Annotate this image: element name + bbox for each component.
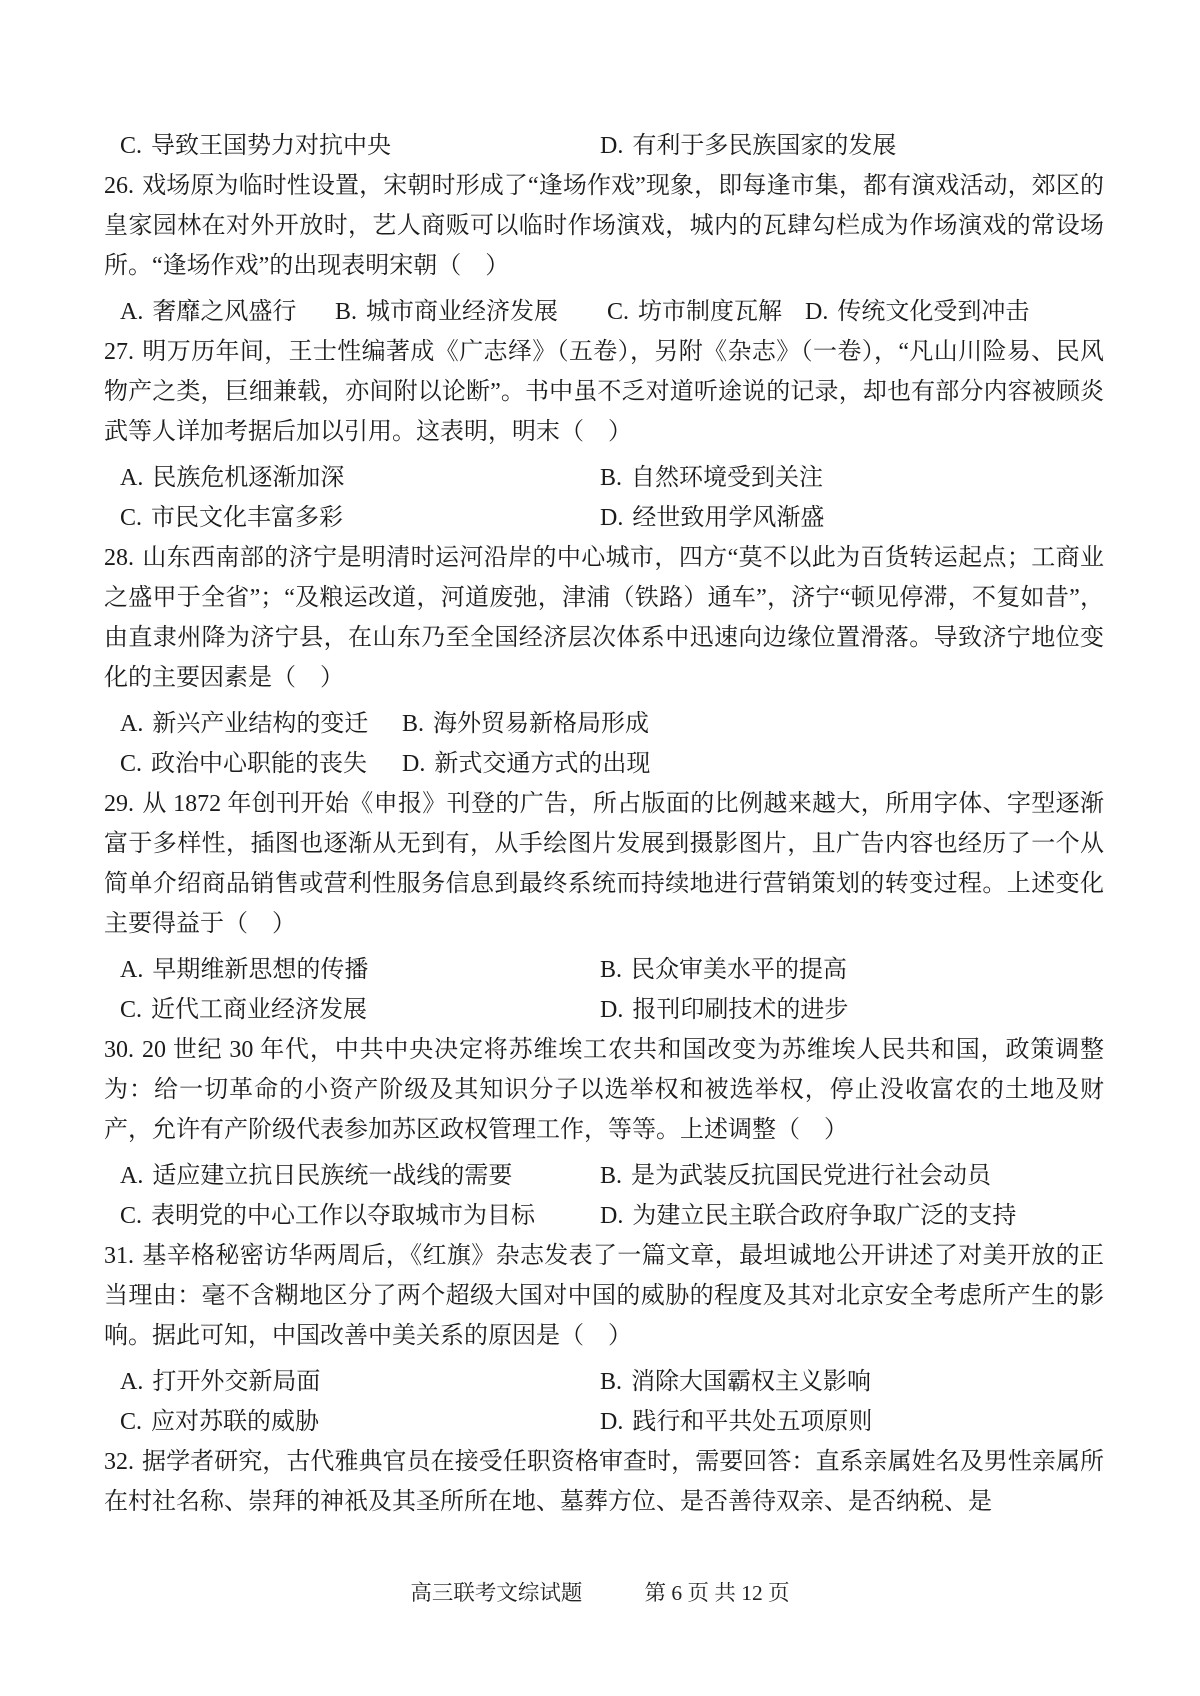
option-b: B.是为武装反抗国民党进行社会动员	[600, 1156, 991, 1196]
option-text: 是为武装反抗国民党进行社会动员	[631, 1163, 991, 1189]
options-row: C.政治中心职能的丧失D.新式交通方式的出现	[104, 744, 1104, 784]
option-b: B.民众审美水平的提高	[600, 950, 847, 990]
option-text: 民众审美水平的提高	[631, 957, 847, 983]
option-a: A.奢靡之风盛行	[120, 292, 335, 332]
option-a: A.新兴产业结构的变迁	[120, 704, 402, 744]
option-label: D.	[402, 751, 425, 777]
option-text: 民族危机逐渐加深	[152, 465, 344, 491]
option-text: 坊市制度瓦解	[638, 299, 782, 325]
option-label: D.	[600, 997, 623, 1023]
option-label: C.	[607, 299, 629, 325]
question-stem-text: 据学者研究，古代雅典官员在接受任职资格审查时，需要回答：直系亲属姓名及男性亲属所…	[104, 1449, 1104, 1515]
option-label: A.	[120, 957, 143, 983]
question-number: 32.	[104, 1449, 134, 1475]
question-number: 31.	[104, 1243, 134, 1269]
option-text: 自然环境受到关注	[631, 465, 823, 491]
options-row: A.早期维新思想的传播B.民众审美水平的提高	[104, 950, 1104, 990]
question-number: 30.	[104, 1037, 134, 1063]
question-stem-text: 20 世纪 30 年代，中共中央决定将苏维埃工农共和国改变为苏维埃人民共和国，政…	[104, 1037, 1104, 1143]
option-label: D.	[600, 1203, 623, 1229]
option-c: C.应对苏联的威胁	[120, 1402, 600, 1442]
options-row: A.适应建立抗日民族统一战线的需要B.是为武装反抗国民党进行社会动员	[104, 1156, 1104, 1196]
option-d: D.经世致用学风渐盛	[600, 498, 824, 538]
question-number: 26.	[104, 173, 134, 199]
question-25-options-row: C.导致王国势力对抗中央D.有利于多民族国家的发展	[104, 126, 1104, 166]
option-c: C.市民文化丰富多彩	[120, 498, 600, 538]
option-label: C.	[120, 133, 142, 159]
option-d: D.报刊印刷技术的进步	[600, 990, 848, 1030]
option-text: 奢靡之风盛行	[152, 299, 296, 325]
option-text: 城市商业经济发展	[366, 299, 558, 325]
option-label: B.	[402, 711, 424, 737]
question-stem: 28.山东西南部的济宁是明清时运河沿岸的中心城市，四方“莫不以此为百货转运起点；…	[104, 538, 1104, 698]
option-label: C.	[120, 997, 142, 1023]
option-c: C.政治中心职能的丧失	[120, 744, 402, 784]
question-number: 29.	[104, 791, 134, 817]
option-label: D.	[600, 505, 623, 531]
page-footer: 高三联考文综试题第 6 页 共 12 页	[0, 1578, 1200, 1608]
options-group: A.奢靡之风盛行B.城市商业经济发展C.坊市制度瓦解D.传统文化受到冲击	[104, 292, 1104, 332]
question-32: 32.据学者研究，古代雅典官员在接受任职资格审查时，需要回答：直系亲属姓名及男性…	[104, 1442, 1104, 1522]
option-text: 报刊印刷技术的进步	[632, 997, 848, 1023]
question-stem: 26.戏场原为临时性设置，宋朝时形成了“逢场作戏”现象，即每逢市集，都有演戏活动…	[104, 166, 1104, 286]
question-stem-text: 山东西南部的济宁是明清时运河沿岸的中心城市，四方“莫不以此为百货转运起点；工商业…	[104, 545, 1104, 691]
option-b: B.城市商业经济发展	[335, 292, 607, 332]
option-d: D.传统文化受到冲击	[805, 292, 1029, 332]
option-text: 近代工商业经济发展	[151, 997, 367, 1023]
option-label: B.	[600, 1163, 622, 1189]
question-stem-text: 戏场原为临时性设置，宋朝时形成了“逢场作戏”现象，即每逢市集，都有演戏活动，郊区…	[104, 173, 1104, 279]
question-31: 31.基辛格秘密访华两周后，《红旗》杂志发表了一篇文章，最坦诚地公开讲述了对美开…	[104, 1236, 1104, 1442]
option-text: 经世致用学风渐盛	[632, 505, 824, 531]
option-text: 导致王国势力对抗中央	[151, 133, 391, 159]
option-text: 政治中心职能的丧失	[151, 751, 367, 777]
option-b: B.自然环境受到关注	[600, 458, 823, 498]
option-label: A.	[120, 1163, 143, 1189]
option-label: C.	[120, 751, 142, 777]
option-label: C.	[120, 505, 142, 531]
option-text: 传统文化受到冲击	[837, 299, 1029, 325]
option-text: 早期维新思想的传播	[152, 957, 368, 983]
option-label: A.	[120, 299, 143, 325]
question-stem-text: 从 1872 年创刊开始《申报》刊登的广告，所占版面的比例越来越大，所用字体、字…	[104, 791, 1104, 937]
option-text: 表明党的中心工作以夺取城市为目标	[151, 1203, 535, 1229]
option-text: 市民文化丰富多彩	[151, 505, 343, 531]
option-text: 新式交通方式的出现	[434, 751, 650, 777]
option-a: A.民族危机逐渐加深	[120, 458, 600, 498]
options-row: A.新兴产业结构的变迁B.海外贸易新格局形成	[104, 704, 1104, 744]
question-27: 27.明万历年间，王士性编著成《广志绎》（五卷），另附《杂志》（一卷），“凡山川…	[104, 332, 1104, 538]
question-stem: 30.20 世纪 30 年代，中共中央决定将苏维埃工农共和国改变为苏维埃人民共和…	[104, 1030, 1104, 1150]
option-b: B.消除大国霸权主义影响	[600, 1362, 871, 1402]
option-label: C.	[120, 1409, 142, 1435]
option-c: C.导致王国势力对抗中央	[120, 126, 600, 166]
question-number: 27.	[104, 339, 134, 365]
option-a: A.适应建立抗日民族统一战线的需要	[120, 1156, 600, 1196]
question-stem: 29.从 1872 年创刊开始《申报》刊登的广告，所占版面的比例越来越大，所用字…	[104, 784, 1104, 944]
question-29: 29.从 1872 年创刊开始《申报》刊登的广告，所占版面的比例越来越大，所用字…	[104, 784, 1104, 1030]
footer-page-indicator: 第 6 页 共 12 页	[644, 1581, 789, 1605]
footer-doc-title: 高三联考文综试题	[410, 1581, 582, 1605]
option-label: A.	[120, 465, 143, 491]
option-d: D.有利于多民族国家的发展	[600, 126, 896, 166]
options-row: C.市民文化丰富多彩D.经世致用学风渐盛	[104, 498, 1104, 538]
question-26: 26.戏场原为临时性设置，宋朝时形成了“逢场作戏”现象，即每逢市集，都有演戏活动…	[104, 166, 1104, 332]
option-b: B.海外贸易新格局形成	[402, 704, 649, 744]
options-group: A.适应建立抗日民族统一战线的需要B.是为武装反抗国民党进行社会动员 C.表明党…	[104, 1156, 1104, 1236]
option-label: B.	[600, 465, 622, 491]
option-label: A.	[120, 711, 143, 737]
options-group: A.早期维新思想的传播B.民众审美水平的提高 C.近代工商业经济发展D.报刊印刷…	[104, 950, 1104, 1030]
options-row: C.近代工商业经济发展D.报刊印刷技术的进步	[104, 990, 1104, 1030]
options-row: A.打开外交新局面B.消除大国霸权主义影响	[104, 1362, 1104, 1402]
question-stem: 32.据学者研究，古代雅典官员在接受任职资格审查时，需要回答：直系亲属姓名及男性…	[104, 1442, 1104, 1522]
option-text: 为建立民主联合政府争取广泛的支持	[632, 1203, 1016, 1229]
option-c: C.近代工商业经济发展	[120, 990, 600, 1030]
options-row: A.民族危机逐渐加深B.自然环境受到关注	[104, 458, 1104, 498]
option-d: D.践行和平共处五项原则	[600, 1402, 872, 1442]
question-stem-text: 明万历年间，王士性编著成《广志绎》（五卷），另附《杂志》（一卷），“凡山川险易、…	[104, 339, 1104, 445]
question-30: 30.20 世纪 30 年代，中共中央决定将苏维埃工农共和国改变为苏维埃人民共和…	[104, 1030, 1104, 1236]
option-a: A.打开外交新局面	[120, 1362, 600, 1402]
option-label: A.	[120, 1369, 143, 1395]
option-text: 应对苏联的威胁	[151, 1409, 319, 1435]
options-group: A.民族危机逐渐加深B.自然环境受到关注 C.市民文化丰富多彩D.经世致用学风渐…	[104, 458, 1104, 538]
option-c: C.表明党的中心工作以夺取城市为目标	[120, 1196, 600, 1236]
option-d: D.新式交通方式的出现	[402, 744, 650, 784]
question-28: 28.山东西南部的济宁是明清时运河沿岸的中心城市，四方“莫不以此为百货转运起点；…	[104, 538, 1104, 784]
option-d: D.为建立民主联合政府争取广泛的支持	[600, 1196, 1016, 1236]
question-stem: 31.基辛格秘密访华两周后，《红旗》杂志发表了一篇文章，最坦诚地公开讲述了对美开…	[104, 1236, 1104, 1356]
option-text: 新兴产业结构的变迁	[152, 711, 368, 737]
exam-page-content: C.导致王国势力对抗中央D.有利于多民族国家的发展 26.戏场原为临时性设置，宋…	[104, 126, 1104, 1522]
option-label: B.	[335, 299, 357, 325]
option-text: 践行和平共处五项原则	[632, 1409, 872, 1435]
option-c: C.坊市制度瓦解	[607, 292, 805, 332]
option-text: 适应建立抗日民族统一战线的需要	[152, 1163, 512, 1189]
option-label: D.	[805, 299, 828, 325]
options-row: C.表明党的中心工作以夺取城市为目标D.为建立民主联合政府争取广泛的支持	[104, 1196, 1104, 1236]
option-text: 打开外交新局面	[152, 1369, 320, 1395]
question-stem: 27.明万历年间，王士性编著成《广志绎》（五卷），另附《杂志》（一卷），“凡山川…	[104, 332, 1104, 452]
option-label: D.	[600, 133, 623, 159]
option-a: A.早期维新思想的传播	[120, 950, 600, 990]
options-group: A.新兴产业结构的变迁B.海外贸易新格局形成 C.政治中心职能的丧失D.新式交通…	[104, 704, 1104, 784]
option-label: D.	[600, 1409, 623, 1435]
options-row: A.奢靡之风盛行B.城市商业经济发展C.坊市制度瓦解D.传统文化受到冲击	[104, 292, 1104, 332]
option-label: B.	[600, 1369, 622, 1395]
options-row: C.应对苏联的威胁D.践行和平共处五项原则	[104, 1402, 1104, 1442]
question-stem-text: 基辛格秘密访华两周后，《红旗》杂志发表了一篇文章，最坦诚地公开讲述了对美开放的正…	[104, 1243, 1104, 1349]
option-label: B.	[600, 957, 622, 983]
option-text: 海外贸易新格局形成	[433, 711, 649, 737]
option-text: 消除大国霸权主义影响	[631, 1369, 871, 1395]
options-group: A.打开外交新局面B.消除大国霸权主义影响 C.应对苏联的威胁D.践行和平共处五…	[104, 1362, 1104, 1442]
option-text: 有利于多民族国家的发展	[632, 133, 896, 159]
question-number: 28.	[104, 545, 134, 571]
option-label: C.	[120, 1203, 142, 1229]
